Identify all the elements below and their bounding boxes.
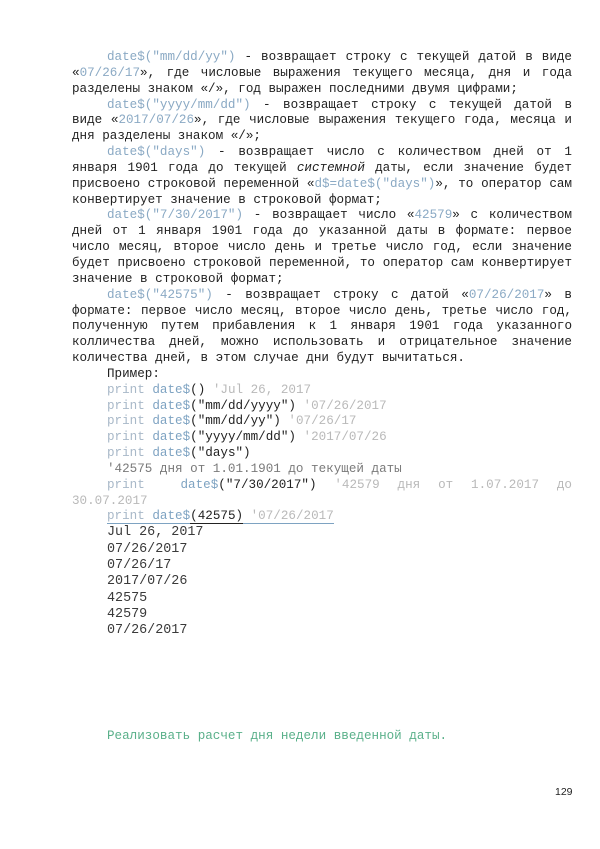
- code-date-days: date$("days"): [107, 145, 205, 159]
- example-label: Пример:: [72, 367, 572, 383]
- program-output: Jul 26, 2017 07/26/2017 07/26/17 2017/07…: [72, 525, 572, 639]
- code-line-wrapped: print date$("7/30/2017") '42579 дня от 1…: [72, 478, 572, 510]
- code-line: print date$("mm/dd/yy") '07/26/17: [72, 414, 572, 430]
- code-date-specific: date$("7/30/2017"): [107, 208, 243, 222]
- paragraph-date-specific: date$("7/30/2017") - возвращает число «4…: [72, 208, 572, 287]
- output-line: 07/26/17: [72, 558, 572, 574]
- code-line-underlined: print date$(42575) '07/26/2017: [72, 509, 572, 525]
- code-date-from-days: date$("42575"): [107, 288, 213, 302]
- code-date-mmddyy: date$("mm/dd/yy"): [107, 50, 235, 64]
- output-line: 07/26/2017: [72, 623, 572, 639]
- page-body: date$("mm/dd/yy") - возвращает строку с …: [72, 50, 572, 639]
- code-line: print date$("mm/dd/yyyy") '07/26/2017: [72, 399, 572, 415]
- page-number: 129: [555, 786, 573, 798]
- paragraph-date-yyyymmdd: date$("yyyy/mm/dd") - возвращает строку …: [72, 98, 572, 146]
- code-date-yyyymmdd: date$("yyyy/mm/dd"): [107, 98, 251, 112]
- output-line: 42575: [72, 591, 572, 607]
- paragraph-date-mmddyy: date$("mm/dd/yy") - возвращает строку с …: [72, 50, 572, 98]
- code-line: print date$() 'Jul 26, 2017: [72, 383, 572, 399]
- output-line: 07/26/2017: [72, 542, 572, 558]
- task-text: Реализовать расчет дня недели введенной …: [107, 728, 447, 744]
- paragraph-date-days: date$("days") - возвращает число с колич…: [72, 145, 572, 208]
- code-line: print date$("yyyy/mm/dd") '2017/07/26: [72, 430, 572, 446]
- code-example: print date$() 'Jul 26, 2017 print date$(…: [72, 383, 572, 526]
- output-line: 2017/07/26: [72, 574, 572, 590]
- paragraph-date-from-days: date$("42575") - возвращает строку с дат…: [72, 288, 572, 367]
- output-line: 42579: [72, 607, 572, 623]
- output-line: Jul 26, 2017: [72, 525, 572, 541]
- code-comment-line: '42575 дня от 1.01.1901 до текущей даты: [72, 462, 572, 478]
- code-line: print date$("days"): [72, 446, 572, 462]
